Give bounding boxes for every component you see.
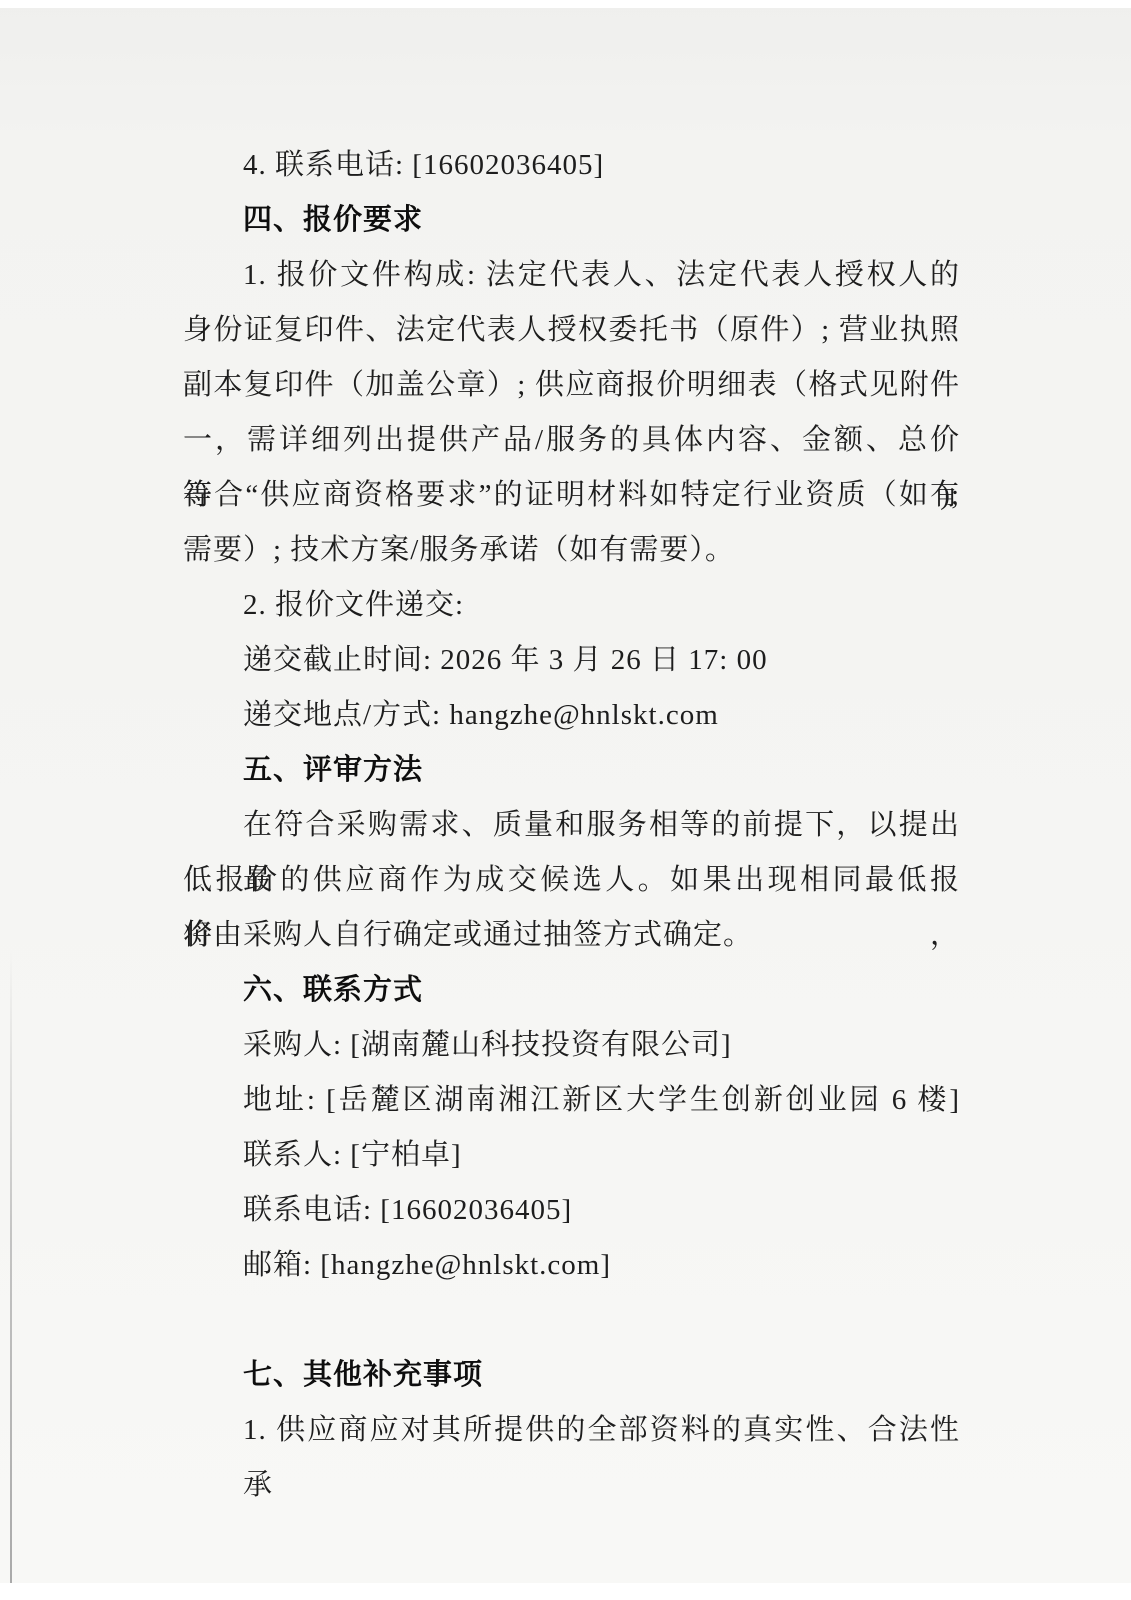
text-line: 副本复印件（加盖公章）; 供应商报价明细表（格式见附件	[183, 358, 960, 413]
text-line: 联系人: [宁柏卓]	[183, 1128, 960, 1183]
text-line: 低报价的供应商作为成交候选人。如果出现相同最低报价，	[183, 853, 960, 908]
section-heading: 七、其他补充事项	[183, 1348, 960, 1403]
text-line: 采购人: [湖南麓山科技投资有限公司]	[183, 1018, 960, 1073]
text-line: 4. 联系电话: [16602036405]	[183, 138, 960, 193]
text-line: 身份证复印件、法定代表人授权委托书（原件）; 营业执照	[183, 303, 960, 358]
text-line: 1. 供应商应对其所提供的全部资料的真实性、合法性承	[183, 1403, 960, 1458]
scanned-document-page: 4. 联系电话: [16602036405]四、报价要求1. 报价文件构成: 法…	[0, 0, 1131, 1600]
text-line: 1. 报价文件构成: 法定代表人、法定代表人授权人的	[183, 248, 960, 303]
text-line: 一，需详细列出提供产品/服务的具体内容、金额、总价等);	[183, 413, 960, 468]
scan-page-edge-line	[10, 950, 12, 1583]
text-line: 符合“供应商资格要求”的证明材料如特定行业资质（如有	[183, 468, 960, 523]
section-heading: 四、报价要求	[183, 193, 960, 248]
section-heading: 五、评审方法	[183, 743, 960, 798]
text-line: 联系电话: [16602036405]	[183, 1183, 960, 1238]
text-line: 需要）; 技术方案/服务承诺（如有需要）。	[183, 523, 960, 578]
scan-edge-bottom	[0, 1583, 1131, 1600]
document-content: 4. 联系电话: [16602036405]四、报价要求1. 报价文件构成: 法…	[183, 138, 960, 1458]
text-line: 在符合采购需求、质量和服务相等的前提下，以提出最	[183, 798, 960, 853]
text-line: 递交截止时间: 2026 年 3 月 26 日 17: 00	[183, 633, 960, 688]
scan-edge-top	[0, 0, 1131, 8]
blank-line	[183, 1293, 960, 1348]
text-line: 递交地点/方式: hangzhe@hnlskt.com	[183, 688, 960, 743]
section-heading: 六、联系方式	[183, 963, 960, 1018]
text-line: 地址: [岳麓区湖南湘江新区大学生创新创业园 6 楼]	[183, 1073, 960, 1128]
text-line: 2. 报价文件递交:	[183, 578, 960, 633]
text-line: 邮箱: [hangzhe@hnlskt.com]	[183, 1238, 960, 1293]
